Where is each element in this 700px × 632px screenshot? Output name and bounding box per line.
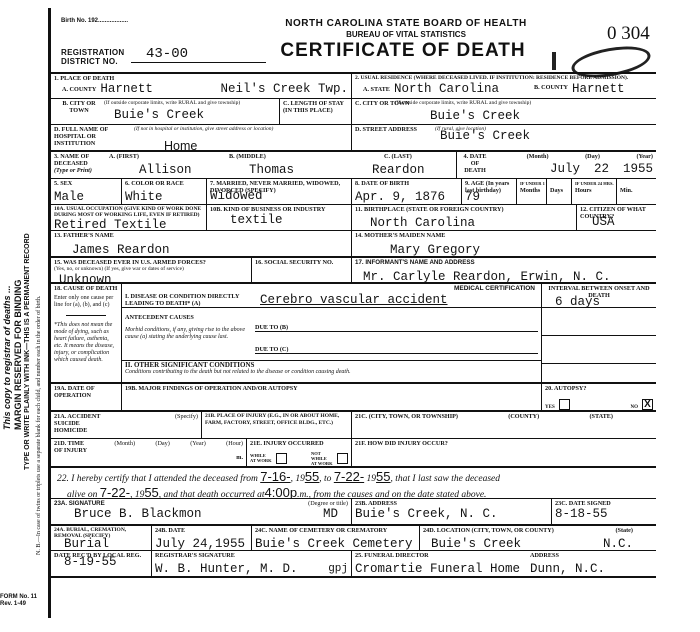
cert-from-date: 7-16- <box>260 469 290 484</box>
specify-label: (Specify) <box>175 413 198 434</box>
cause-footnote: *This does not mean the mode of dying, s… <box>54 322 118 364</box>
registrar-cell: REGISTRAR'S SIGNATURE W. B. Hunter, M. D… <box>151 551 351 576</box>
death-township-value: Neil's Creek Twp. <box>220 82 348 96</box>
dod-month-label: (Month) <box>527 153 549 174</box>
armed-forces-note: (Yes, no, or unknown) (If yes, give war … <box>54 266 248 273</box>
residence-city-cell: c. CITY OR TOWN (If outside corporate li… <box>351 99 656 124</box>
under-day-label: IF UNDER 24 HRS. <box>575 180 613 187</box>
not-at-work-checkbox[interactable] <box>337 453 348 464</box>
date-of-death-cell: 4. DATE OF DEATH (Month) (Day) (Year) Ju… <box>456 152 656 178</box>
residence-county-value: Harnett <box>572 82 625 96</box>
ssn-label: 16. SOCIAL SECURITY NO. <box>255 259 348 266</box>
other-conditions-note: Conditions contributing to the death but… <box>125 369 538 376</box>
usual-residence-label: 2. USUAL RESIDENCE (Where deceased lived… <box>355 75 653 82</box>
injury-county-label: (COUNTY) <box>508 413 539 420</box>
injury-state-label: (STATE) <box>589 413 613 420</box>
date-signed-value: 8-18-55 <box>555 507 653 521</box>
physician-address-cell: 23b. ADDRESS Buie's Creek, N. C. <box>351 499 551 524</box>
father-name-label: 13. FATHER'S NAME <box>54 232 348 239</box>
burial-state-label: (State) <box>615 527 633 534</box>
not-at-work-label: NOT WHILE AT WORK <box>311 451 333 466</box>
due-to-c-label: DUE TO (c) <box>255 346 288 353</box>
form-no-text: FORM No. 11 <box>0 594 37 601</box>
marital-status-cell: 7. MARRIED, NEVER MARRIED, WIDOWED, DIVO… <box>206 179 351 204</box>
burial-type-value: Burial <box>64 537 148 550</box>
due-to-b-line: DUE TO (b) <box>255 324 538 332</box>
disease-condition-value: Cerebro vascular accident <box>260 293 448 307</box>
cause-of-death-note: Enter only one cause per line for (a), (… <box>54 295 118 309</box>
autopsy-cell: 20. AUTOPSY? YES NO X <box>541 384 656 410</box>
registrar-signature-label: REGISTRAR'S SIGNATURE <box>155 552 348 559</box>
cert-text-3: , and that death occurred at <box>159 490 265 498</box>
not-at-work-option[interactable]: NOT WHILE AT WORK <box>311 449 348 466</box>
form-rev-text: Rev. 1-49 <box>0 601 37 608</box>
ink-mark <box>552 52 556 70</box>
date-signed-cell: 23c. DATE SIGNED 8-18-55 <box>551 499 656 524</box>
place-of-death-county-cell: 1. PLACE OF DEATH a. COUNTY Harnett Neil… <box>51 74 351 98</box>
binding-note: MARGIN RESERVED FOR BINDING <box>13 280 23 430</box>
birthplace-value: North Carolina <box>370 216 573 230</box>
residence-city-label: c. CITY OR TOWN <box>355 100 395 107</box>
informant-cell: 17. INFORMANT'S NAME AND ADDRESS Mr. Car… <box>351 258 656 282</box>
injury-hour-label: (Hour) <box>226 440 243 454</box>
agency-title: NORTH CAROLINA STATE BOARD OF HEALTH <box>226 18 586 29</box>
residence-city-note: (If outside corporate limits, write RURA… <box>395 100 531 107</box>
certificate-form: 1. PLACE OF DEATH a. COUNTY Harnett Neil… <box>51 72 656 578</box>
registration-district-value: 43-00 <box>146 46 188 62</box>
injury-year-label: (Year) <box>190 440 206 454</box>
hospital-cell: d. FULL NAME OF HOSPITAL OR INSTITUTION … <box>51 125 351 150</box>
medical-certification-title: MEDICAL CERTIFICATION <box>454 285 535 292</box>
physician-address-label: 23b. ADDRESS <box>355 500 548 507</box>
operation-date-label: 19a. DATE OF OPERATION <box>54 385 118 399</box>
ink-instructions: TYPE OR WRITE PLAINLY WITH INK—THIS IS A… <box>24 233 31 470</box>
name-note: (Type or Print) <box>54 167 103 174</box>
first-name-cell: a. (First) Allison <box>106 152 226 178</box>
hours-cell: IF UNDER 24 HRS. Hours <box>571 179 616 204</box>
burial-location-value: Buie's Creek <box>431 537 521 550</box>
burial-date-label: 24b. DATE <box>155 527 248 534</box>
death-county-value: Harnett <box>100 82 220 96</box>
cert-to-year-prefix: 19 <box>364 474 376 484</box>
cert-text-1: 22. I hereby certify that I attended the… <box>57 474 258 484</box>
district-no-label: DISTRICT NO. <box>61 57 124 66</box>
length-of-stay-label: c. LENGTH OF STAY (in this place) <box>283 100 348 114</box>
registrar-signature-value: W. B. Hunter, M. D. <box>155 562 298 576</box>
divider <box>66 315 106 316</box>
last-name-value: Reardon <box>372 163 453 177</box>
form-number: FORM No. 11 Rev. 1-49 <box>0 594 37 608</box>
registration-label: REGISTRATION <box>61 48 124 57</box>
registration-district-label: REGISTRATION DISTRICT NO. <box>61 48 124 66</box>
while-at-work-option[interactable]: WHILE AT WORK <box>250 449 287 466</box>
residence-state-value: North Carolina <box>394 82 534 96</box>
name-label-cell: 3. NAME OF DECEASED (Type or Print) <box>51 152 106 178</box>
physician-signature: Bruce B. Blackmon <box>74 507 202 521</box>
mother-cell: 14. MOTHER'S MAIDEN NAME Mary Gregory <box>351 231 656 256</box>
burial-location-cell: 24d. LOCATION (City, town, or county) (S… <box>419 526 656 550</box>
autopsy-label: 20. AUTOPSY? <box>545 385 653 392</box>
copy-note: This copy to registrar of deaths ... <box>2 285 12 430</box>
date-of-birth-cell: 8. DATE OF BIRTH Apr. 9, 1876 <box>351 179 461 204</box>
dod-day-value: 22 <box>594 162 609 176</box>
registrar-initials: gpj <box>328 562 348 576</box>
race-value: White <box>125 190 203 204</box>
middle-name-cell: b. (Middle) Thomas <box>226 152 351 178</box>
occupation-value: Retired Textile <box>54 218 203 230</box>
date-of-birth-value: Apr. 9, 1876 <box>355 190 458 204</box>
informant-value: Mr. Carlyle Reardon, Erwin, N. C. <box>363 270 653 282</box>
industry-value: textile <box>230 213 348 227</box>
cemetery-cell: 24c. NAME OF CEMETERY OR CREMATORY Buie'… <box>251 526 419 550</box>
armed-forces-value: Unknown <box>59 273 248 282</box>
death-city-cell: b. CITY OR TOWN (If outside corporate li… <box>51 99 279 124</box>
burial-state-value: N.C. <box>603 537 633 550</box>
findings-label: 19b. MAJOR FINDINGS OF OPERATION AND/OR … <box>125 385 538 392</box>
burial-location-label: 24d. LOCATION (City, town, or county) <box>423 527 554 534</box>
cemetery-value: Buie's Creek Cemetery <box>255 537 416 550</box>
autopsy-no-option[interactable]: NO X <box>631 395 654 410</box>
occupation-label: 10a. USUAL OCCUPATION (Give kind of work… <box>54 206 203 218</box>
county-label: a. COUNTY <box>62 86 96 96</box>
minutes-label: Min. <box>620 187 653 194</box>
race-cell: 6. COLOR OR RACE White <box>121 179 206 204</box>
funeral-director-value: Cromartie Funeral Home <box>355 562 530 576</box>
cert-to-label: , to <box>319 474 331 484</box>
date-of-death-label: 4. DATE OF DEATH <box>460 153 490 174</box>
under-year-label: IF UNDER 1 YEAR <box>520 180 543 187</box>
minutes-cell: Min. <box>616 179 656 204</box>
operation-date-cell: 19a. DATE OF OPERATION <box>51 384 121 410</box>
father-cell: 13. FATHER'S NAME James Reardon <box>51 231 351 256</box>
sex-label: 5. SEX <box>54 180 118 187</box>
last-name-label: c. (Last) <box>384 153 453 160</box>
how-injury-label: 21f. HOW DID INJURY OCCUR? <box>355 440 653 447</box>
residence-street-label: d. STREET ADDRESS <box>355 126 435 133</box>
injury-location-cell: 21c. (CITY, TOWN, OR TOWNSHIP) (COUNTY) … <box>351 412 656 438</box>
days-label: Days <box>550 187 568 194</box>
citizenship-cell: 12. CITIZEN OF WHAT COUNTRY? USA <box>576 205 656 230</box>
birth-number-label: Birth No. 192.................. <box>61 18 128 24</box>
industry-cell: 10b. KIND OF BUSINESS OR INDUSTRY textil… <box>206 205 351 230</box>
race-label: 6. COLOR OR RACE <box>125 180 203 187</box>
certificate-title: CERTIFICATE OF DEATH <box>223 40 583 62</box>
usual-residence-state-cell: 2. USUAL RESIDENCE (Where deceased lived… <box>351 74 656 98</box>
twins-note: N. B.—In case of twins or triplets use a… <box>36 296 42 555</box>
cert-to-date: 7-22- <box>334 469 364 484</box>
degree-label: (Degree or title) <box>308 500 348 507</box>
birthplace-cell: 11. BIRTHPLACE (State or foreign country… <box>351 205 576 230</box>
time-of-injury-label: 21d. TIME OF INJURY <box>54 440 94 454</box>
due-to-b-label: DUE TO (b) <box>255 324 288 331</box>
cert-death-time: 4:00p <box>265 485 298 498</box>
funeral-director-label: 25. FUNERAL DIRECTOR <box>355 552 530 559</box>
physician-degree: MD <box>323 507 338 521</box>
findings-cell: 19b. MAJOR FINDINGS OF OPERATION AND/OR … <box>121 384 541 410</box>
injury-occurred-label: 21e. INJURY OCCURRED <box>250 440 348 447</box>
death-certificate: Birth No. 192.................. REGISTRA… <box>48 8 656 618</box>
hospital-label: d. FULL NAME OF HOSPITAL OR INSTITUTION <box>54 126 134 147</box>
while-at-work-label: WHILE AT WORK <box>250 453 272 463</box>
death-city-value: Buie's Creek <box>114 108 276 122</box>
middle-name-value: Thomas <box>249 163 348 177</box>
place-of-injury-label: 21b. PLACE OF INJURY (e.g., in or about … <box>205 413 348 427</box>
marital-status-value: Widowed <box>210 189 348 203</box>
first-name-value: Allison <box>139 163 223 177</box>
antecedent-note: Morbid conditions, if any, giving rise t… <box>125 327 255 341</box>
citizenship-value: USA <box>592 215 653 229</box>
injury-day-label: (Day) <box>155 440 169 454</box>
cert-text-2: , that I last saw the deceased <box>391 474 501 484</box>
cert-alive-year: 55 <box>144 485 158 498</box>
binding-margin: This copy to registrar of deaths ... MAR… <box>0 0 48 632</box>
industry-label: 10b. KIND OF BUSINESS OR INDUSTRY <box>210 206 348 213</box>
residence-state-label: a. STATE <box>363 86 390 96</box>
last-name-cell: c. (Last) Reardon <box>351 152 456 178</box>
armed-forces-label: 15. WAS DECEASED EVER IN U.S. ARMED FORC… <box>54 259 248 266</box>
father-name-value: James Reardon <box>72 243 348 256</box>
accident-type-label: 21a. ACCIDENT SUICIDE HOMICIDE <box>54 413 114 434</box>
sex-cell: 5. SEX Male <box>51 179 121 204</box>
armed-forces-cell: 15. WAS DECEASED EVER IN U.S. ARMED FORC… <box>51 258 251 282</box>
cause-of-death-cell: MEDICAL CERTIFICATION I. DISEASE OR COND… <box>121 284 541 382</box>
residence-city-value: Buie's Creek <box>430 109 653 123</box>
first-name-label: a. (First) <box>109 153 223 160</box>
funeral-director-cell: 25. FUNERAL DIRECTOR ADDRESS Cromartie F… <box>351 551 656 576</box>
how-injury-cell: 21f. HOW DID INJURY OCCUR? <box>351 439 656 466</box>
injury-occurred-cell: 21e. INJURY OCCURRED WHILE AT WORK NOT W… <box>246 439 351 466</box>
date-received-cell: DATE REC'D BY LOCAL REG. 8-19-55 <box>51 551 151 576</box>
cert-text-4: .m., from the causes and on the date sta… <box>297 490 486 498</box>
injury-month-label: (Month) <box>114 440 135 454</box>
cert-from-year: 55 <box>305 469 319 484</box>
burial-date-value: July 24,1955 <box>155 537 248 550</box>
antecedent-causes-label: ANTECEDENT CAUSES <box>125 314 255 321</box>
place-of-death-label: 1. PLACE OF DEATH <box>54 75 348 82</box>
residence-street-value: Buie's Creek <box>440 129 653 143</box>
autopsy-yes-option[interactable]: YES <box>545 395 570 410</box>
while-at-work-checkbox[interactable] <box>276 453 287 464</box>
cert-alive-date: 7-22- <box>100 485 130 498</box>
interval-cell: INTERVAL BETWEEN ONSET AND DEATH 6 days <box>541 284 656 382</box>
months-label: Months <box>520 187 543 194</box>
name-of-deceased-label: 3. NAME OF DECEASED <box>54 153 103 167</box>
registration-underline <box>131 62 266 63</box>
hours-label: Hours <box>575 187 613 194</box>
funeral-director-address-value: Dunn, N.C. <box>530 562 605 576</box>
months-cell: IF UNDER 1 YEAR Months <box>516 179 546 204</box>
burial-type-cell: 24a. BURIAL, CREMATION, REMOVAL (Specify… <box>51 526 151 550</box>
cert-alive-label: alive on <box>67 490 97 498</box>
cert-to-year: 55 <box>376 469 390 484</box>
age-cell: 9. AGE (In years last birthday) 79 <box>461 179 516 204</box>
autopsy-no-checkbox[interactable]: X <box>642 399 653 410</box>
injury-m-label: m. <box>54 454 243 461</box>
cert-from-year-prefix: , 19 <box>291 474 305 484</box>
bureau-title: BUREAU OF VITAL STATISTICS <box>226 30 586 39</box>
death-city-label: b. CITY OR TOWN <box>54 100 104 114</box>
certificate-number: 0 304 <box>607 23 650 45</box>
ssn-cell: 16. SOCIAL SECURITY NO. <box>251 258 351 282</box>
interval-b <box>542 308 656 336</box>
autopsy-yes-checkbox[interactable] <box>559 399 570 410</box>
residence-county-label: b. COUNTY <box>534 84 568 96</box>
disease-condition-label: I. DISEASE OR CONDITION DIRECTLY LEADING… <box>125 293 260 307</box>
mother-name-label: 14. MOTHER'S MAIDEN NAME <box>355 232 653 239</box>
hospital-note: (If not in hospital or institution, give… <box>134 126 273 147</box>
accident-type-cell: 21a. ACCIDENT SUICIDE HOMICIDE (Specify) <box>51 412 201 438</box>
time-of-injury-cell: 21d. TIME OF INJURY (Month) (Day) (Year)… <box>51 439 246 466</box>
dod-month-value: July <box>550 162 580 176</box>
signature-cell: 23a. SIGNATURE (Degree or title) Bruce B… <box>51 499 351 524</box>
middle-name-label: b. (Middle) <box>229 153 348 160</box>
birthplace-label: 11. BIRTHPLACE (State or foreign country… <box>355 206 573 213</box>
burial-date-cell: 24b. DATE July 24,1955 <box>151 526 251 550</box>
place-of-injury-cell: 21b. PLACE OF INJURY (e.g., in or about … <box>201 412 351 438</box>
days-cell: Days <box>546 179 571 204</box>
interval-c <box>542 336 656 364</box>
physician-address-value: Buie's Creek, N. C. <box>355 507 548 521</box>
residence-street-cell: d. STREET ADDRESS (If rural, give locati… <box>351 125 656 150</box>
date-of-birth-label: 8. DATE OF BIRTH <box>355 180 458 187</box>
cemetery-label: 24c. NAME OF CEMETERY OR CREMATORY <box>255 527 416 534</box>
cause-of-death-side-cell: 18. CAUSE OF DEATH Enter only one cause … <box>51 284 121 382</box>
informant-label: 17. INFORMANT'S NAME AND ADDRESS <box>355 259 653 266</box>
occupation-cell: 10a. USUAL OCCUPATION (Give kind of work… <box>51 205 206 230</box>
other-conditions-label: II. OTHER SIGNIFICANT CONDITIONS <box>125 362 538 369</box>
mother-name-value: Mary Gregory <box>390 243 653 256</box>
dod-year-value: 1955 <box>623 162 653 176</box>
signature-label: 23a. SIGNATURE <box>54 500 105 507</box>
injury-city-label: 21c. (CITY, TOWN, OR TOWNSHIP) <box>355 413 458 420</box>
attending-certification: 22. I hereby certify that I attended the… <box>51 468 656 498</box>
cause-of-death-label: 18. CAUSE OF DEATH <box>54 285 118 292</box>
funeral-director-address-label: ADDRESS <box>530 552 559 559</box>
date-signed-label: 23c. DATE SIGNED <box>555 500 653 507</box>
due-to-c-line: DUE TO (c) <box>255 346 538 354</box>
cert-alive-year-prefix: , 19 <box>130 490 144 498</box>
length-of-stay-cell: c. LENGTH OF STAY (in this place) <box>279 99 351 124</box>
sex-value: Male <box>54 190 118 204</box>
